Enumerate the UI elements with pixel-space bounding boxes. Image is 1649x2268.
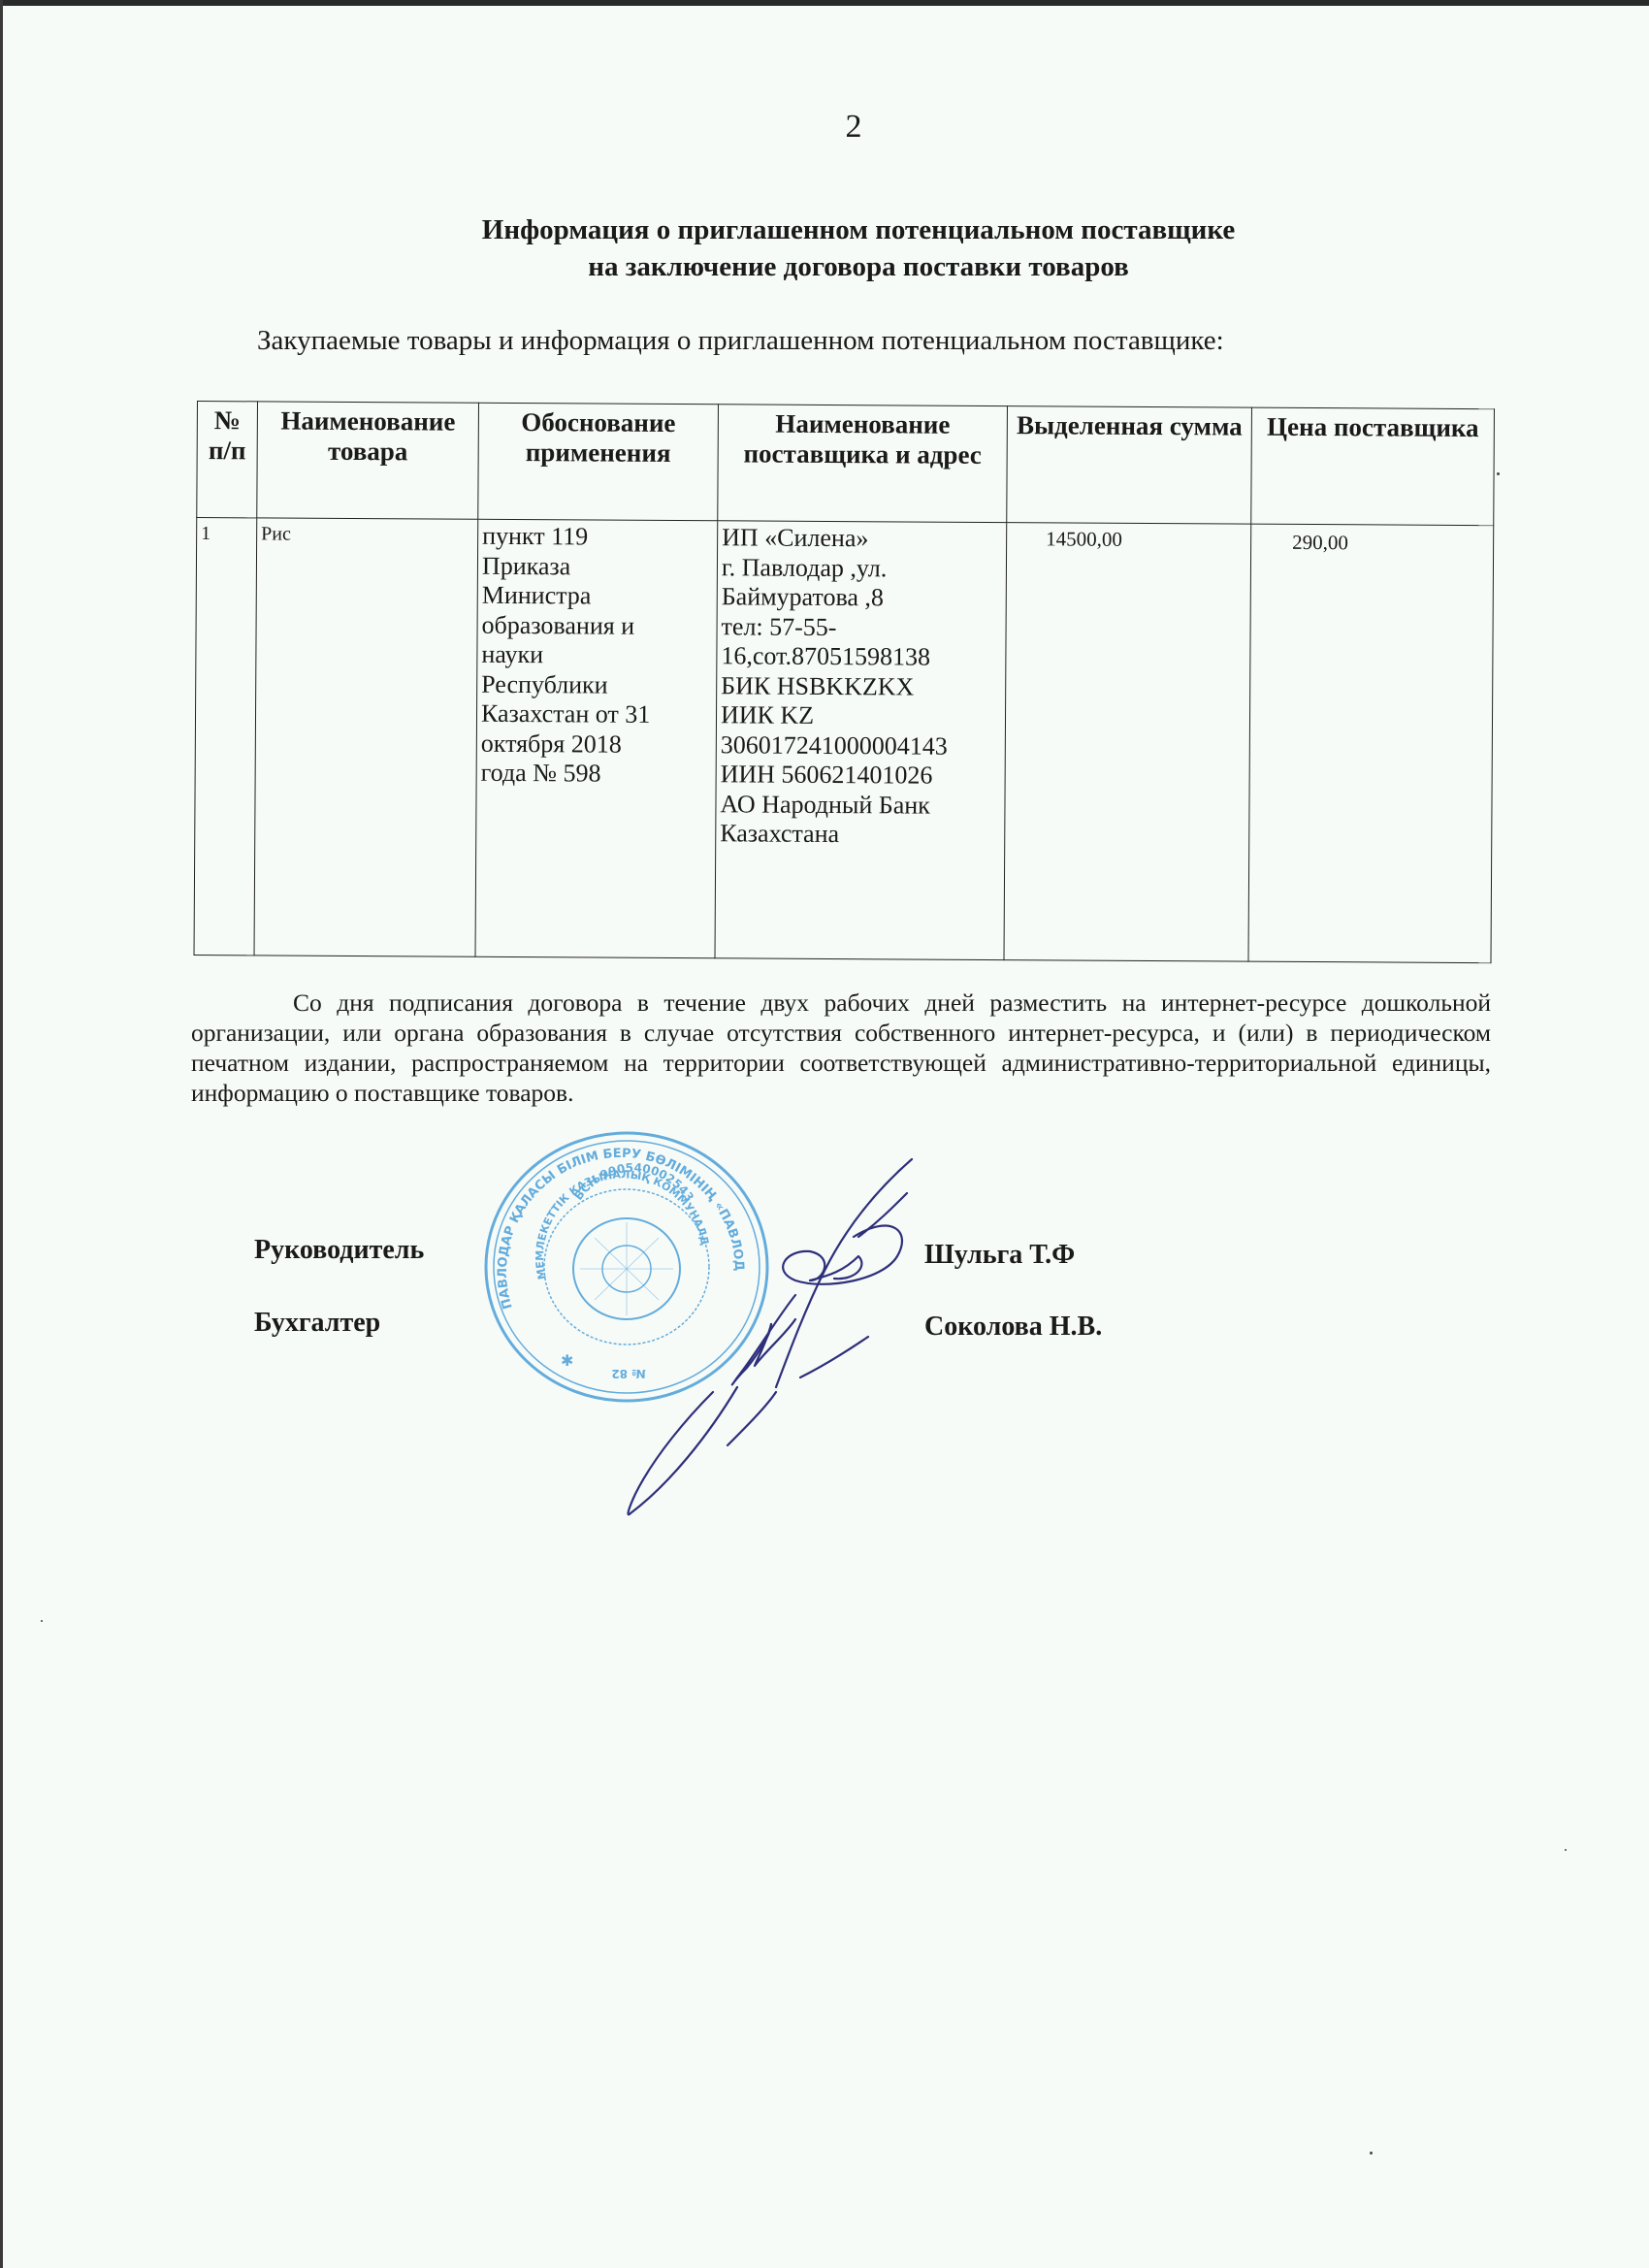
intro-text: Закупаемые товары и информация о приглаш… <box>257 325 1224 357</box>
publication-requirement-paragraph: Со дня подписания договора в течение дву… <box>191 988 1491 1108</box>
cell-product: Рис <box>254 518 478 956</box>
header-product: Наименование товара <box>257 402 479 519</box>
cell-justification: пункт 119 Приказа Министра образования и… <box>475 519 718 958</box>
accountant-label: Бухгалтер <box>254 1308 380 1339</box>
svg-text:✱: ✱ <box>561 1351 573 1370</box>
supplier-price-value: 290,00 <box>1255 525 1489 556</box>
header-supplier: Наименование поставщика и адрес <box>718 405 1008 523</box>
product-name: Рис <box>261 518 473 546</box>
table-header-row: № п/п Наименование товара Обоснование пр… <box>197 402 1495 526</box>
cell-number: 1 <box>194 518 257 956</box>
document-title-line-2: на заключение договора поставки товаров <box>291 248 1426 285</box>
scan-speck <box>1497 472 1500 475</box>
cell-supplier-price: 290,00 <box>1248 524 1494 963</box>
header-number: № п/п <box>197 402 258 518</box>
supplier-table: № п/п Наименование товара Обоснование пр… <box>194 401 1495 963</box>
scan-speck <box>1370 2152 1373 2155</box>
director-label: Руководитель <box>254 1235 424 1266</box>
scan-edge-top <box>0 0 1649 6</box>
supplier-table-container: № п/п Наименование товара Обоснование пр… <box>194 401 1495 963</box>
header-allocated-amount: Выделенная сумма <box>1007 406 1252 525</box>
scan-speck <box>41 1620 43 1622</box>
header-supplier-price: Цена поставщика <box>1251 407 1495 526</box>
justification-text: пункт 119 Приказа Министра образования и… <box>481 520 714 790</box>
allocated-amount-value: 14500,00 <box>1011 523 1246 552</box>
row-number: 1 <box>201 518 252 545</box>
table-row: 1 Рис пункт 119 Приказа Министра образов… <box>194 518 1494 963</box>
scan-edge-left <box>0 0 3 2268</box>
document-title-line-1: Информация о приглашенном потенциальном … <box>291 211 1426 248</box>
cell-allocated-amount: 14500,00 <box>1004 523 1251 962</box>
accountant-name: Соколова Н.В. <box>924 1312 1102 1343</box>
page-number: 2 <box>0 109 1649 146</box>
document-title: Информация о приглашенном потенциальном … <box>291 211 1426 285</box>
cell-supplier: ИП «Силена» г. Павлодар ,ул. Баймуратова… <box>715 521 1007 960</box>
signature-icon <box>601 1135 921 1523</box>
director-name: Шульга Т.Ф <box>924 1240 1075 1271</box>
scan-speck <box>1565 1849 1567 1851</box>
header-justification: Обоснование применения <box>478 403 719 521</box>
supplier-details: ИП «Силена» г. Павлодар ,ул. Баймуратова… <box>720 521 1002 850</box>
